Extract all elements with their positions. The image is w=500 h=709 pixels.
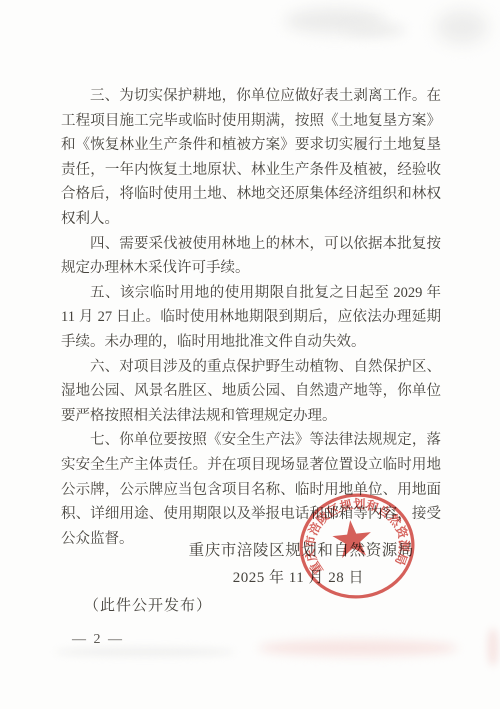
- clause-paragraph-4: 四、需要采伐被使用林地上的林木，可以依据本批复按规定办理林木采伐许可手续。: [61, 232, 441, 281]
- star-icon: [331, 518, 373, 559]
- scan-artifact: [285, 8, 385, 34]
- scan-artifact: [258, 640, 458, 656]
- official-seal-stamp: 重庆市涪陵区规划和自然资源局: [292, 485, 423, 607]
- scan-artifact: [345, 24, 405, 36]
- scan-artifact: [436, 10, 488, 44]
- scan-artifact: [488, 628, 498, 666]
- document-page: 三、为切实保护耕地，你单位应做好表土剥离工作。在工程项目施工完毕或临时使用期满，…: [0, 0, 500, 709]
- document-body: 三、为切实保护耕地，你单位应做好表土剥离工作。在工程项目施工完毕或临时使用期满，…: [61, 84, 441, 551]
- clause-paragraph-5: 五、该宗临时用地的使用期限自批复之日起至 2029 年 11 月 27 日止。临…: [61, 281, 441, 355]
- scan-artifact: [55, 648, 235, 656]
- publication-note: （此件公开发布）: [84, 594, 212, 615]
- page-number: — 2 —: [72, 632, 124, 648]
- clause-paragraph-3: 三、为切实保护耕地，你单位应做好表土剥离工作。在工程项目施工完毕或临时使用期满，…: [61, 84, 441, 232]
- clause-paragraph-6: 六、对项目涉及的重点保护野生动植物、自然保护区、湿地公园、风景名胜区、地质公园、…: [61, 355, 441, 429]
